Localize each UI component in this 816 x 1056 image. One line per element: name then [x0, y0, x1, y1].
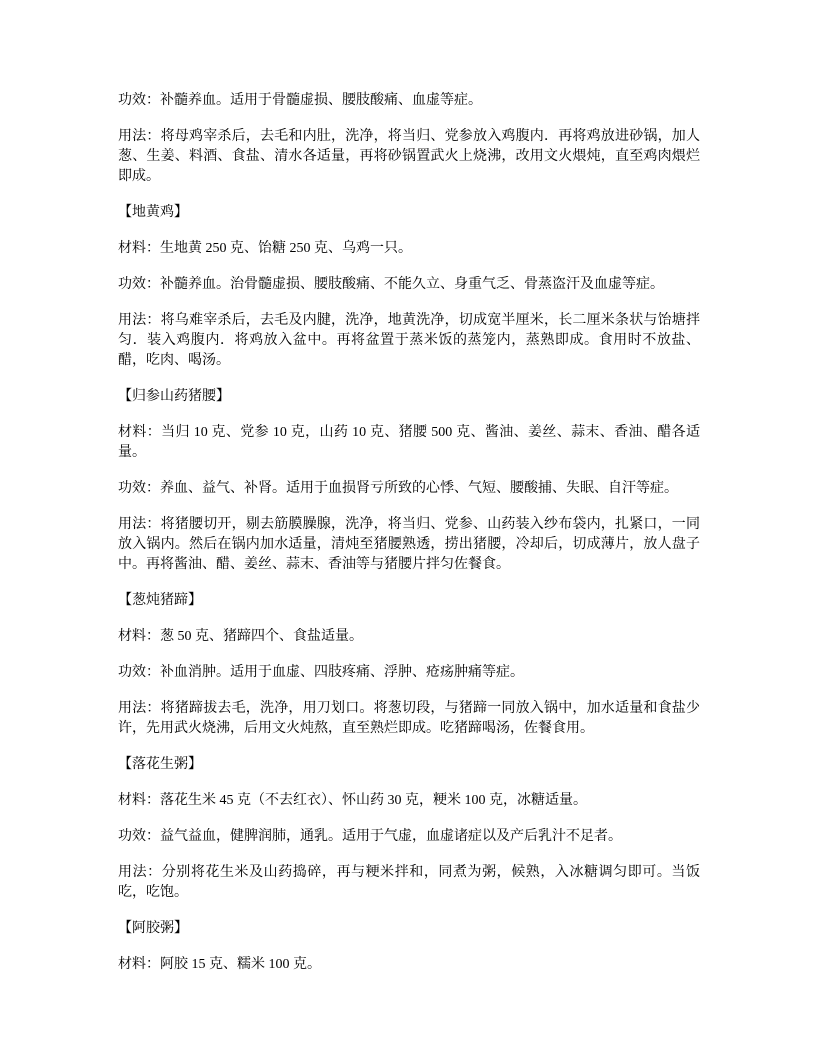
recipe-title: 【落花生粥】 — [118, 755, 700, 775]
materials-paragraph: 材料：落花生米 45 克（不去红衣）、怀山药 30 克，粳米 100 克，冰糖适… — [118, 791, 700, 811]
materials-paragraph: 材料：葱 50 克、猪蹄四个、食盐适量。 — [118, 627, 700, 647]
effects-paragraph: 功效：补血消肿。适用于血虚、四肢疼痛、浮肿、疮疡肿痛等症。 — [118, 663, 700, 683]
usage-paragraph: 用法：将猪腰切开，剔去筋膜臊腺，洗净，将当归、党参、山药装入纱布袋内，扎紧口，一… — [118, 515, 700, 575]
recipe-section-luohuasheng-zhou: 【落花生粥】 材料：落花生米 45 克（不去红衣）、怀山药 30 克，粳米 10… — [118, 755, 700, 903]
usage-paragraph: 用法：将母鸡宰杀后，去毛和内肚，洗净，将当归、党参放入鸡腹内．再将鸡放进砂锅，加… — [118, 127, 700, 187]
materials-paragraph: 材料：阿胶 15 克、糯米 100 克。 — [118, 955, 700, 975]
recipe-section-ejiao-zhou: 【阿胶粥】 材料：阿胶 15 克、糯米 100 克。 — [118, 919, 700, 975]
materials-paragraph: 材料：生地黄 250 克、饴糖 250 克、乌鸡一只。 — [118, 239, 700, 259]
recipe-title: 【葱炖猪蹄】 — [118, 591, 700, 611]
recipe-section-dihuangji: 【地黄鸡】 材料：生地黄 250 克、饴糖 250 克、乌鸡一只。 功效：补髓养… — [118, 203, 700, 371]
effects-paragraph: 功效：补髓养血。适用于骨髓虚损、腰肢酸痛、血虚等症。 — [118, 91, 700, 111]
effects-paragraph: 功效：补髓养血。治骨髓虚损、腰肢酸痛、不能久立、身重气乏、骨蒸盗汗及血虚等症。 — [118, 275, 700, 295]
usage-paragraph: 用法：分别将花生米及山药捣碎，再与粳米拌和，同煮为粥，候熟，入冰糖调匀即可。当饭… — [118, 863, 700, 903]
effects-paragraph: 功效：益气益血，健脾润肺，通乳。适用于气虚，血虚诸症以及产后乳汁不足者。 — [118, 827, 700, 847]
document-content: 功效：补髓养血。适用于骨髓虚损、腰肢酸痛、血虚等症。 用法：将母鸡宰杀后，去毛和… — [118, 91, 700, 991]
document-page: 功效：补髓养血。适用于骨髓虚损、腰肢酸痛、血虚等症。 用法：将母鸡宰杀后，去毛和… — [0, 0, 816, 1056]
recipe-section-congdun-zhuti: 【葱炖猪蹄】 材料：葱 50 克、猪蹄四个、食盐适量。 功效：补血消肿。适用于血… — [118, 591, 700, 739]
materials-paragraph: 材料：当归 10 克、党参 10 克，山药 10 克、猪腰 500 克、酱油、姜… — [118, 423, 700, 463]
effects-paragraph: 功效：养血、益气、补肾。适用于血损肾亏所致的心悸、气短、腰酸捕、失眠、自汗等症。 — [118, 479, 700, 499]
usage-paragraph: 用法：将乌难宰杀后，去毛及内腱，洗净，地黄洗净，切成宽半厘米，长二厘米条状与饴塘… — [118, 311, 700, 371]
recipe-title: 【归参山药猪腰】 — [118, 387, 700, 407]
usage-paragraph: 用法：将猪蹄拔去毛，洗净，用刀划口。将葱切段，与猪蹄一同放入锅中，加水适量和食盐… — [118, 699, 700, 739]
recipe-title: 【阿胶粥】 — [118, 919, 700, 939]
recipe-section-guishen-shanyao-zhuyao: 【归参山药猪腰】 材料：当归 10 克、党参 10 克，山药 10 克、猪腰 5… — [118, 387, 700, 575]
recipe-title: 【地黄鸡】 — [118, 203, 700, 223]
recipe-section-continuation: 功效：补髓养血。适用于骨髓虚损、腰肢酸痛、血虚等症。 用法：将母鸡宰杀后，去毛和… — [118, 91, 700, 187]
